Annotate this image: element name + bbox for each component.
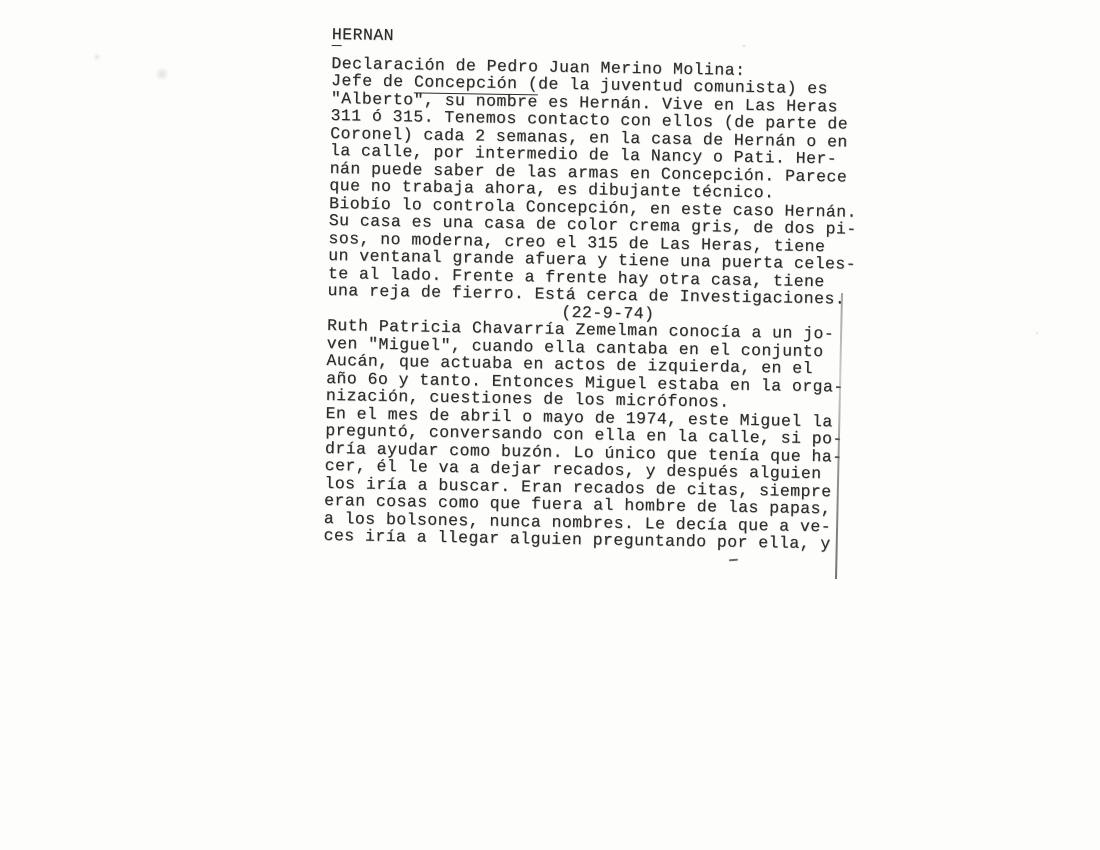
- declaration-body-text: "Alberto", su nombre es Hernán. Vive en …: [327, 89, 870, 308]
- typed-text-block: HERNAN Declaración de Pedro Juan Merino …: [323, 26, 872, 553]
- scanned-document-page: HERNAN Declaración de Pedro Juan Merino …: [0, 0, 1100, 850]
- document-title: HERNAN: [332, 26, 872, 52]
- scan-artifact-stray-dash: [729, 559, 738, 562]
- declaration-paragraph: Declaración de Pedro Juan Merino Molina:…: [327, 54, 871, 325]
- testimony-paragraph: Ruth Patricia Chavarría Zemelman conocía…: [323, 317, 867, 553]
- document-title-rest: ERNAN: [342, 25, 394, 45]
